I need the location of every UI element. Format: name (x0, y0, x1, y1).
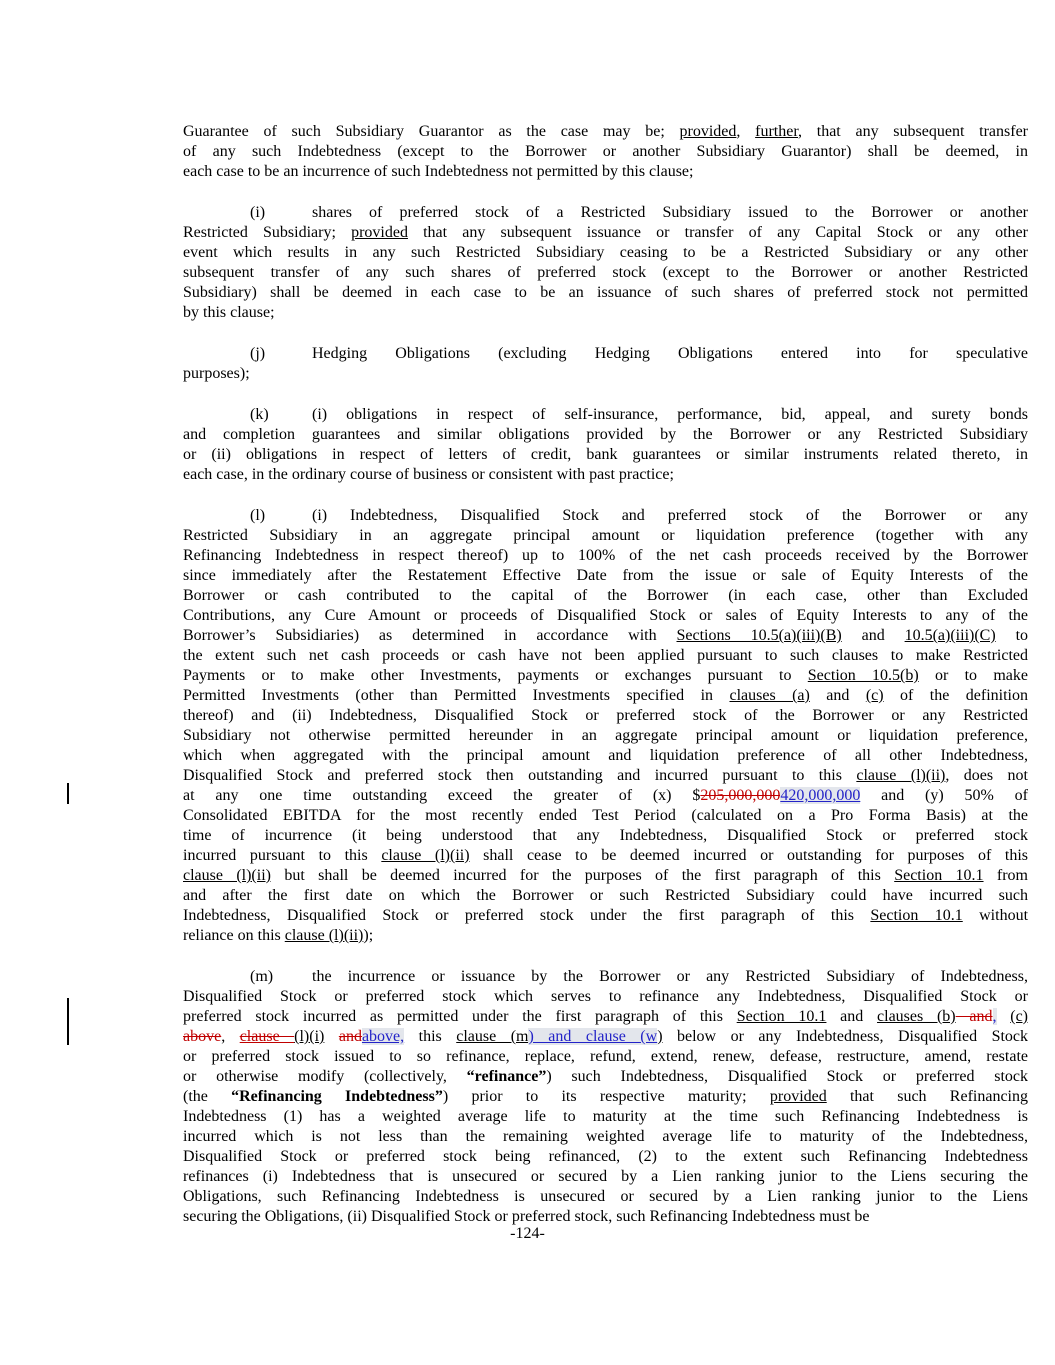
text-run: or preferred stock issued to so refinanc… (183, 1048, 1028, 1065)
text-line: Indebtedness (1) has a weighted average … (183, 1107, 1028, 1127)
text-run: but shall be deemed incurred for the pur… (271, 867, 894, 884)
text-run: by this clause; (183, 304, 275, 321)
text-run: , does not (945, 767, 1028, 784)
text-run: and (y) 50% of (860, 787, 1028, 804)
text-line: (the “Refinancing Indebtedness”) prior t… (183, 1087, 1028, 1107)
text-line: Restricted Subsidiary in an aggregate pr… (183, 526, 1028, 546)
text-run: and (826, 1008, 877, 1025)
text-line: since immediately after the Restatement … (183, 566, 1028, 586)
paragraph: Guarantee of such Subsidiary Guarantor a… (183, 122, 1028, 182)
deleted-text-run: and (339, 1028, 362, 1045)
text-line: or otherwise modify (collectively, “refi… (183, 1067, 1028, 1087)
text-line: or preferred stock issued to so refinanc… (183, 1047, 1028, 1067)
text-run: ) prior to its respective maturity; (443, 1088, 770, 1105)
text-run: ); (363, 927, 373, 944)
inserted-text-run: above, (362, 1028, 404, 1045)
text-run: , (736, 123, 755, 140)
text-line: Payments or to make other Investments, p… (183, 666, 1028, 686)
text-run: Subsidiary not otherwise permitted hereu… (183, 727, 1028, 744)
text-run: (c) (866, 687, 884, 704)
text-run: Disqualified Stock or preferred stock wh… (183, 988, 1028, 1005)
text-run: securing the Obligations, (ii) Disqualif… (183, 1208, 870, 1225)
text-run: preferred stock incurred as permitted un… (183, 1008, 737, 1025)
page-number: -124- (0, 1224, 1055, 1244)
deleted-text-run: and (956, 1008, 993, 1025)
text-line: refinances (i) Indebtedness that is unse… (183, 1167, 1028, 1187)
text-run: of any such Indebtedness (except to the … (183, 143, 1028, 160)
text-line: Restricted Subsidiary; provided that any… (183, 223, 1028, 243)
text-line: Borrower or cash contributed to the capi… (183, 586, 1028, 606)
paragraph-label: (i) (250, 203, 312, 223)
text-run: (i) Indebtedness, Disqualified Stock and… (312, 507, 1028, 524)
text-line: at any one time outstanding exceed the g… (183, 786, 1028, 806)
text-run: incurred pursuant to this (183, 847, 381, 864)
text-run: clause (l)(ii) (856, 767, 945, 784)
text-line: Disqualified Stock and preferred stock t… (183, 766, 1028, 786)
text-run: from (984, 867, 1028, 884)
text-line: by this clause; (183, 303, 1028, 323)
text-run: Payments or to make other Investments, p… (183, 667, 808, 684)
text-line: (m)the incurrence or issuance by the Bor… (183, 967, 1028, 987)
text-run: “Refinancing Indebtedness” (231, 1088, 443, 1105)
text-run: subsequent transfer of any such shares o… (183, 264, 1028, 281)
text-line: Subsidiary not otherwise permitted hereu… (183, 726, 1028, 746)
text-line: Borrower’s Subsidiaries) as determined i… (183, 626, 1028, 646)
text-run: each case to be an incurrence of such In… (183, 163, 693, 180)
text-line: reliance on this clause (l)(ii)); (183, 926, 1028, 946)
text-line: Obligations, such Refinancing Indebtedne… (183, 1187, 1028, 1207)
text-line: incurred pursuant to this clause (l)(ii)… (183, 846, 1028, 866)
text-run: this (404, 1028, 456, 1045)
paragraph-label: (m) (250, 967, 312, 987)
text-run: below or any Indebtedness, Disqualified … (663, 1028, 1028, 1045)
text-run: Restricted Subsidiary in an aggregate pr… (183, 527, 1028, 544)
text-run: (i) obligations in respect of self-insur… (312, 406, 1028, 423)
text-line: (j)Hedging Obligations (excluding Hedgin… (183, 344, 1028, 364)
text-run: provided (770, 1088, 827, 1105)
text-run (324, 1028, 338, 1045)
text-run: and completion guarantees and similar ob… (183, 426, 1028, 443)
text-run: that any subsequent issuance or transfer… (408, 224, 1028, 241)
paragraph-label: (l) (250, 506, 312, 526)
text-run: of the definition (884, 687, 1028, 704)
text-run: Indebtedness (1) has a weighted average … (183, 1108, 1028, 1125)
text-run: Disqualified Stock and preferred stock t… (183, 767, 856, 784)
text-run: 10.5(a)(iii)(C) (905, 627, 996, 644)
text-run: clauses (b) (877, 1008, 956, 1025)
paragraph-label: (j) (250, 344, 312, 364)
text-run: and after the first date on which the Bo… (183, 887, 1028, 904)
text-line: Subsidiary) shall be deemed in each case… (183, 283, 1028, 303)
text-run: (c) (1010, 1008, 1028, 1025)
text-run: shares of preferred stock of a Restricte… (312, 204, 1028, 221)
text-run: incurred which is not less than the rema… (183, 1128, 1028, 1145)
text-line: Guarantee of such Subsidiary Guarantor a… (183, 122, 1028, 142)
deleted-text-run: 205,000,000 (700, 787, 780, 804)
text-run: (the (183, 1088, 231, 1105)
text-line: (i)shares of preferred stock of a Restri… (183, 203, 1028, 223)
text-run: Permitted Investments (other than Permit… (183, 687, 729, 704)
text-run: Guarantee of such Subsidiary Guarantor a… (183, 123, 680, 140)
text-line: and completion guarantees and similar ob… (183, 425, 1028, 445)
text-run: Restricted Subsidiary; (183, 224, 351, 241)
text-run: each case, in the ordinary course of bus… (183, 466, 674, 483)
text-run: the incurrence or issuance by the Borrow… (312, 968, 1028, 985)
text-run: Section 10.1 (737, 1008, 827, 1025)
text-line: Permitted Investments (other than Permit… (183, 686, 1028, 706)
text-run: shall cease to be deemed incurred or out… (470, 847, 1028, 864)
text-run: Section 10.1 (894, 867, 983, 884)
text-run (997, 1008, 1011, 1025)
deleted-text-run: clause (240, 1028, 294, 1045)
text-run: Contributions, any Cure Amount or procee… (183, 607, 1028, 624)
text-line: Indebtedness, Disqualified Stock or pref… (183, 906, 1028, 926)
text-line: subsequent transfer of any such shares o… (183, 263, 1028, 283)
text-run: provided (351, 224, 408, 241)
text-line: (k)(i) obligations in respect of self-in… (183, 405, 1028, 425)
text-run: that such Refinancing (827, 1088, 1028, 1105)
text-run: which when aggregated with the principal… (183, 747, 1028, 764)
text-line: Refinancing Indebtedness in respect ther… (183, 546, 1028, 566)
text-run: clause (l)(ii) (183, 867, 271, 884)
text-line: event which results in any such Restrict… (183, 243, 1028, 263)
text-line: clause (l)(ii) but shall be deemed incur… (183, 866, 1028, 886)
paragraph: (m)the incurrence or issuance by the Bor… (183, 967, 1028, 1227)
inserted-text-run: 420,000,000 (780, 787, 860, 804)
text-line: (l)(i) Indebtedness, Disqualified Stock … (183, 506, 1028, 526)
text-line: above, clause (l)(i) andabove, this clau… (183, 1027, 1028, 1047)
text-run: time of incurrence (it being understood … (183, 827, 1028, 844)
text-run: the extent such net cash proceeds or cas… (183, 647, 1028, 664)
inserted-text-run: ) and clause (w (528, 1028, 657, 1045)
text-line: which when aggregated with the principal… (183, 746, 1028, 766)
text-run: Hedging Obligations (excluding Hedging O… (312, 345, 1028, 362)
text-run: Indebtedness, Disqualified Stock or pref… (183, 907, 870, 924)
text-run: event which results in any such Restrict… (183, 244, 1028, 261)
text-line: incurred which is not less than the rema… (183, 1127, 1028, 1147)
paragraph: (l)(i) Indebtedness, Disqualified Stock … (183, 506, 1028, 946)
text-run: or otherwise modify (collectively, (183, 1068, 467, 1085)
text-run: ) such Indebtedness, Disqualified Stock … (546, 1068, 1028, 1085)
text-line: each case, in the ordinary course of bus… (183, 465, 1028, 485)
text-run: Borrower or cash contributed to the capi… (183, 587, 1028, 604)
text-run: clause (m (456, 1028, 528, 1045)
document-page: Guarantee of such Subsidiary Guarantor a… (0, 0, 1055, 1365)
text-line: purposes); (183, 364, 1028, 384)
text-run: , (221, 1028, 239, 1045)
text-run: Section 10.5(b) (808, 667, 919, 684)
text-run: Sections 10.5(a)(iii)(B) (677, 627, 842, 644)
change-bar (67, 998, 69, 1045)
text-line: each case to be an incurrence of such In… (183, 162, 1028, 182)
text-run: clauses (a) (729, 687, 809, 704)
text-run: “refinance” (467, 1068, 547, 1085)
text-run: Section 10.1 (870, 907, 962, 924)
text-run: Borrower’s Subsidiaries) as determined i… (183, 627, 677, 644)
deleted-text-run: above (183, 1028, 221, 1045)
text-run: (l)(i) (294, 1028, 324, 1045)
text-run: and (810, 687, 866, 704)
text-run: clause (l)(ii) (381, 847, 469, 864)
text-run: provided (680, 123, 737, 140)
text-line: Contributions, any Cure Amount or procee… (183, 606, 1028, 626)
text-run: Disqualified Stock or preferred stock be… (183, 1148, 1028, 1165)
text-line: Disqualified Stock or preferred stock wh… (183, 987, 1028, 1007)
document-body: Guarantee of such Subsidiary Guarantor a… (183, 122, 1028, 1248)
text-run: or (ii) obligations in respect of letter… (183, 446, 1028, 463)
text-run: to (996, 627, 1028, 644)
text-line: Consolidated EBITDA for the most recentl… (183, 806, 1028, 826)
text-run: and (842, 627, 905, 644)
text-run: Consolidated EBITDA for the most recentl… (183, 807, 1028, 824)
text-line: time of incurrence (it being understood … (183, 826, 1028, 846)
text-line: preferred stock incurred as permitted un… (183, 1007, 1028, 1027)
text-run: clause (l)(ii) (285, 927, 364, 944)
text-line: the extent such net cash proceeds or cas… (183, 646, 1028, 666)
paragraph: (j)Hedging Obligations (excluding Hedgin… (183, 344, 1028, 384)
text-line: or (ii) obligations in respect of letter… (183, 445, 1028, 465)
text-line: Disqualified Stock or preferred stock be… (183, 1147, 1028, 1167)
text-run: purposes); (183, 365, 250, 382)
change-bar (67, 783, 69, 804)
text-run: at any one time outstanding exceed the g… (183, 787, 700, 804)
text-run: refinances (i) Indebtedness that is unse… (183, 1168, 1028, 1185)
text-run: Subsidiary) shall be deemed in each case… (183, 284, 1028, 301)
text-run: Refinancing Indebtedness in respect ther… (183, 547, 1028, 564)
text-run: without (963, 907, 1028, 924)
text-run: reliance on this (183, 927, 285, 944)
text-line: of any such Indebtedness (except to the … (183, 142, 1028, 162)
text-line: thereof) and (ii) Indebtedness, Disquali… (183, 706, 1028, 726)
text-run: thereof) and (ii) Indebtedness, Disquali… (183, 707, 1028, 724)
paragraph: (i)shares of preferred stock of a Restri… (183, 203, 1028, 323)
text-run: further (755, 123, 798, 140)
text-run: Obligations, such Refinancing Indebtedne… (183, 1188, 1028, 1205)
text-run: , that any subsequent transfer (798, 123, 1028, 140)
text-run: or to make (919, 667, 1028, 684)
text-run: since immediately after the Restatement … (183, 567, 1028, 584)
paragraph: (k)(i) obligations in respect of self-in… (183, 405, 1028, 485)
paragraph-label: (k) (250, 405, 312, 425)
inserted-text-run: , (993, 1008, 997, 1025)
text-line: and after the first date on which the Bo… (183, 886, 1028, 906)
